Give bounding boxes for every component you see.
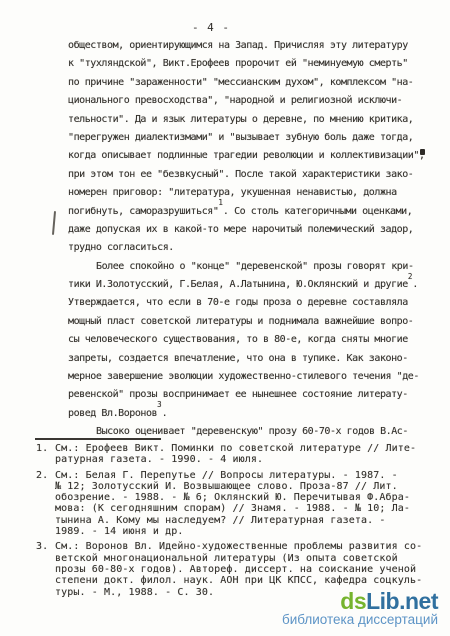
dslib-logo: dsLib.net [282,589,438,613]
body-line: номерен приговор: "литература, укушенная… [68,184,428,202]
body-text: обществом, ориентирующимся на Запад. При… [68,37,428,442]
body-line: мощный пласт советской литературы и подн… [68,313,428,331]
watermark: dsLib.net библиотека диссертаций [282,589,438,628]
footnote-reference: 1 [218,198,223,207]
body-line: даже допуская их в какой-то мере нарочит… [68,221,428,239]
footnote: 2.См.: Белая Г. Перепутье // Вопросы лит… [36,470,428,538]
watermark-subtitle: библиотека диссертаций [282,612,438,628]
footnote-reference: 3 [157,400,162,409]
body-line: ровед Вл.Воронов3. [68,405,428,423]
footnote-number: 1. [36,443,55,466]
body-line: Более спокойно о "конце" "деревенской" п… [68,258,428,276]
body-line: мерное завершение эволюции художественно… [68,368,428,386]
body-line: по причине "зараженности" "мессианским д… [68,74,428,92]
body-line: к "тухляндской", Викт.Ерофеев пророчит е… [68,55,428,73]
body-line: ционального превосходства", "народной и … [68,92,428,110]
body-line: запреты, создается впечатление, что она … [68,350,428,368]
footnote-text: См.: Белая Г. Перепутье // Вопросы литер… [55,470,428,538]
footnotes-section: 1.См.: Ерофеев Викт. Поминки по советско… [36,443,428,602]
body-line: обществом, ориентирующимся на Запад. При… [68,37,428,55]
body-line: тельности". Да и язык литературы о дерев… [68,111,428,129]
footnote-number: 3. [36,541,55,597]
body-line: тики И.Золотусский, Г.Белая, А.Латынина,… [68,276,428,294]
pen-mark [52,211,56,235]
body-line: когда описывает подлинные трагедии револ… [68,147,428,165]
ink-spot [420,149,425,155]
footnote-reference: 2 [408,272,413,281]
document-page: - 4 - обществом, ориентирующимся на Запа… [0,0,450,636]
footnote-text: См.: Ерофеев Викт. Поминки по советской … [55,443,428,466]
dslib-logo-ds: ds [340,588,366,614]
body-line: при этом тон ее "безвкусный". После тако… [68,166,428,184]
dslib-logo-rest: Lib.net [366,588,438,614]
footnote: 1.См.: Ерофеев Викт. Поминки по советско… [36,443,428,466]
footnote-number: 2. [36,470,55,538]
body-line: сы человеческого существования, то в 80-… [68,331,428,349]
body-line: трудно согласиться. [68,239,428,257]
body-line: погибнуть, саморазрушиться"1. Со столь к… [68,203,428,221]
body-line: Утверждается, что если в 70-е годы проза… [68,294,428,312]
page-number: - 4 - [0,21,422,34]
body-line: ревенской" прозы воспринимает ее нынешне… [68,386,428,404]
body-line: "перегружен диалектизмами" и "вызывает з… [68,129,428,147]
footnote-separator [35,438,161,440]
